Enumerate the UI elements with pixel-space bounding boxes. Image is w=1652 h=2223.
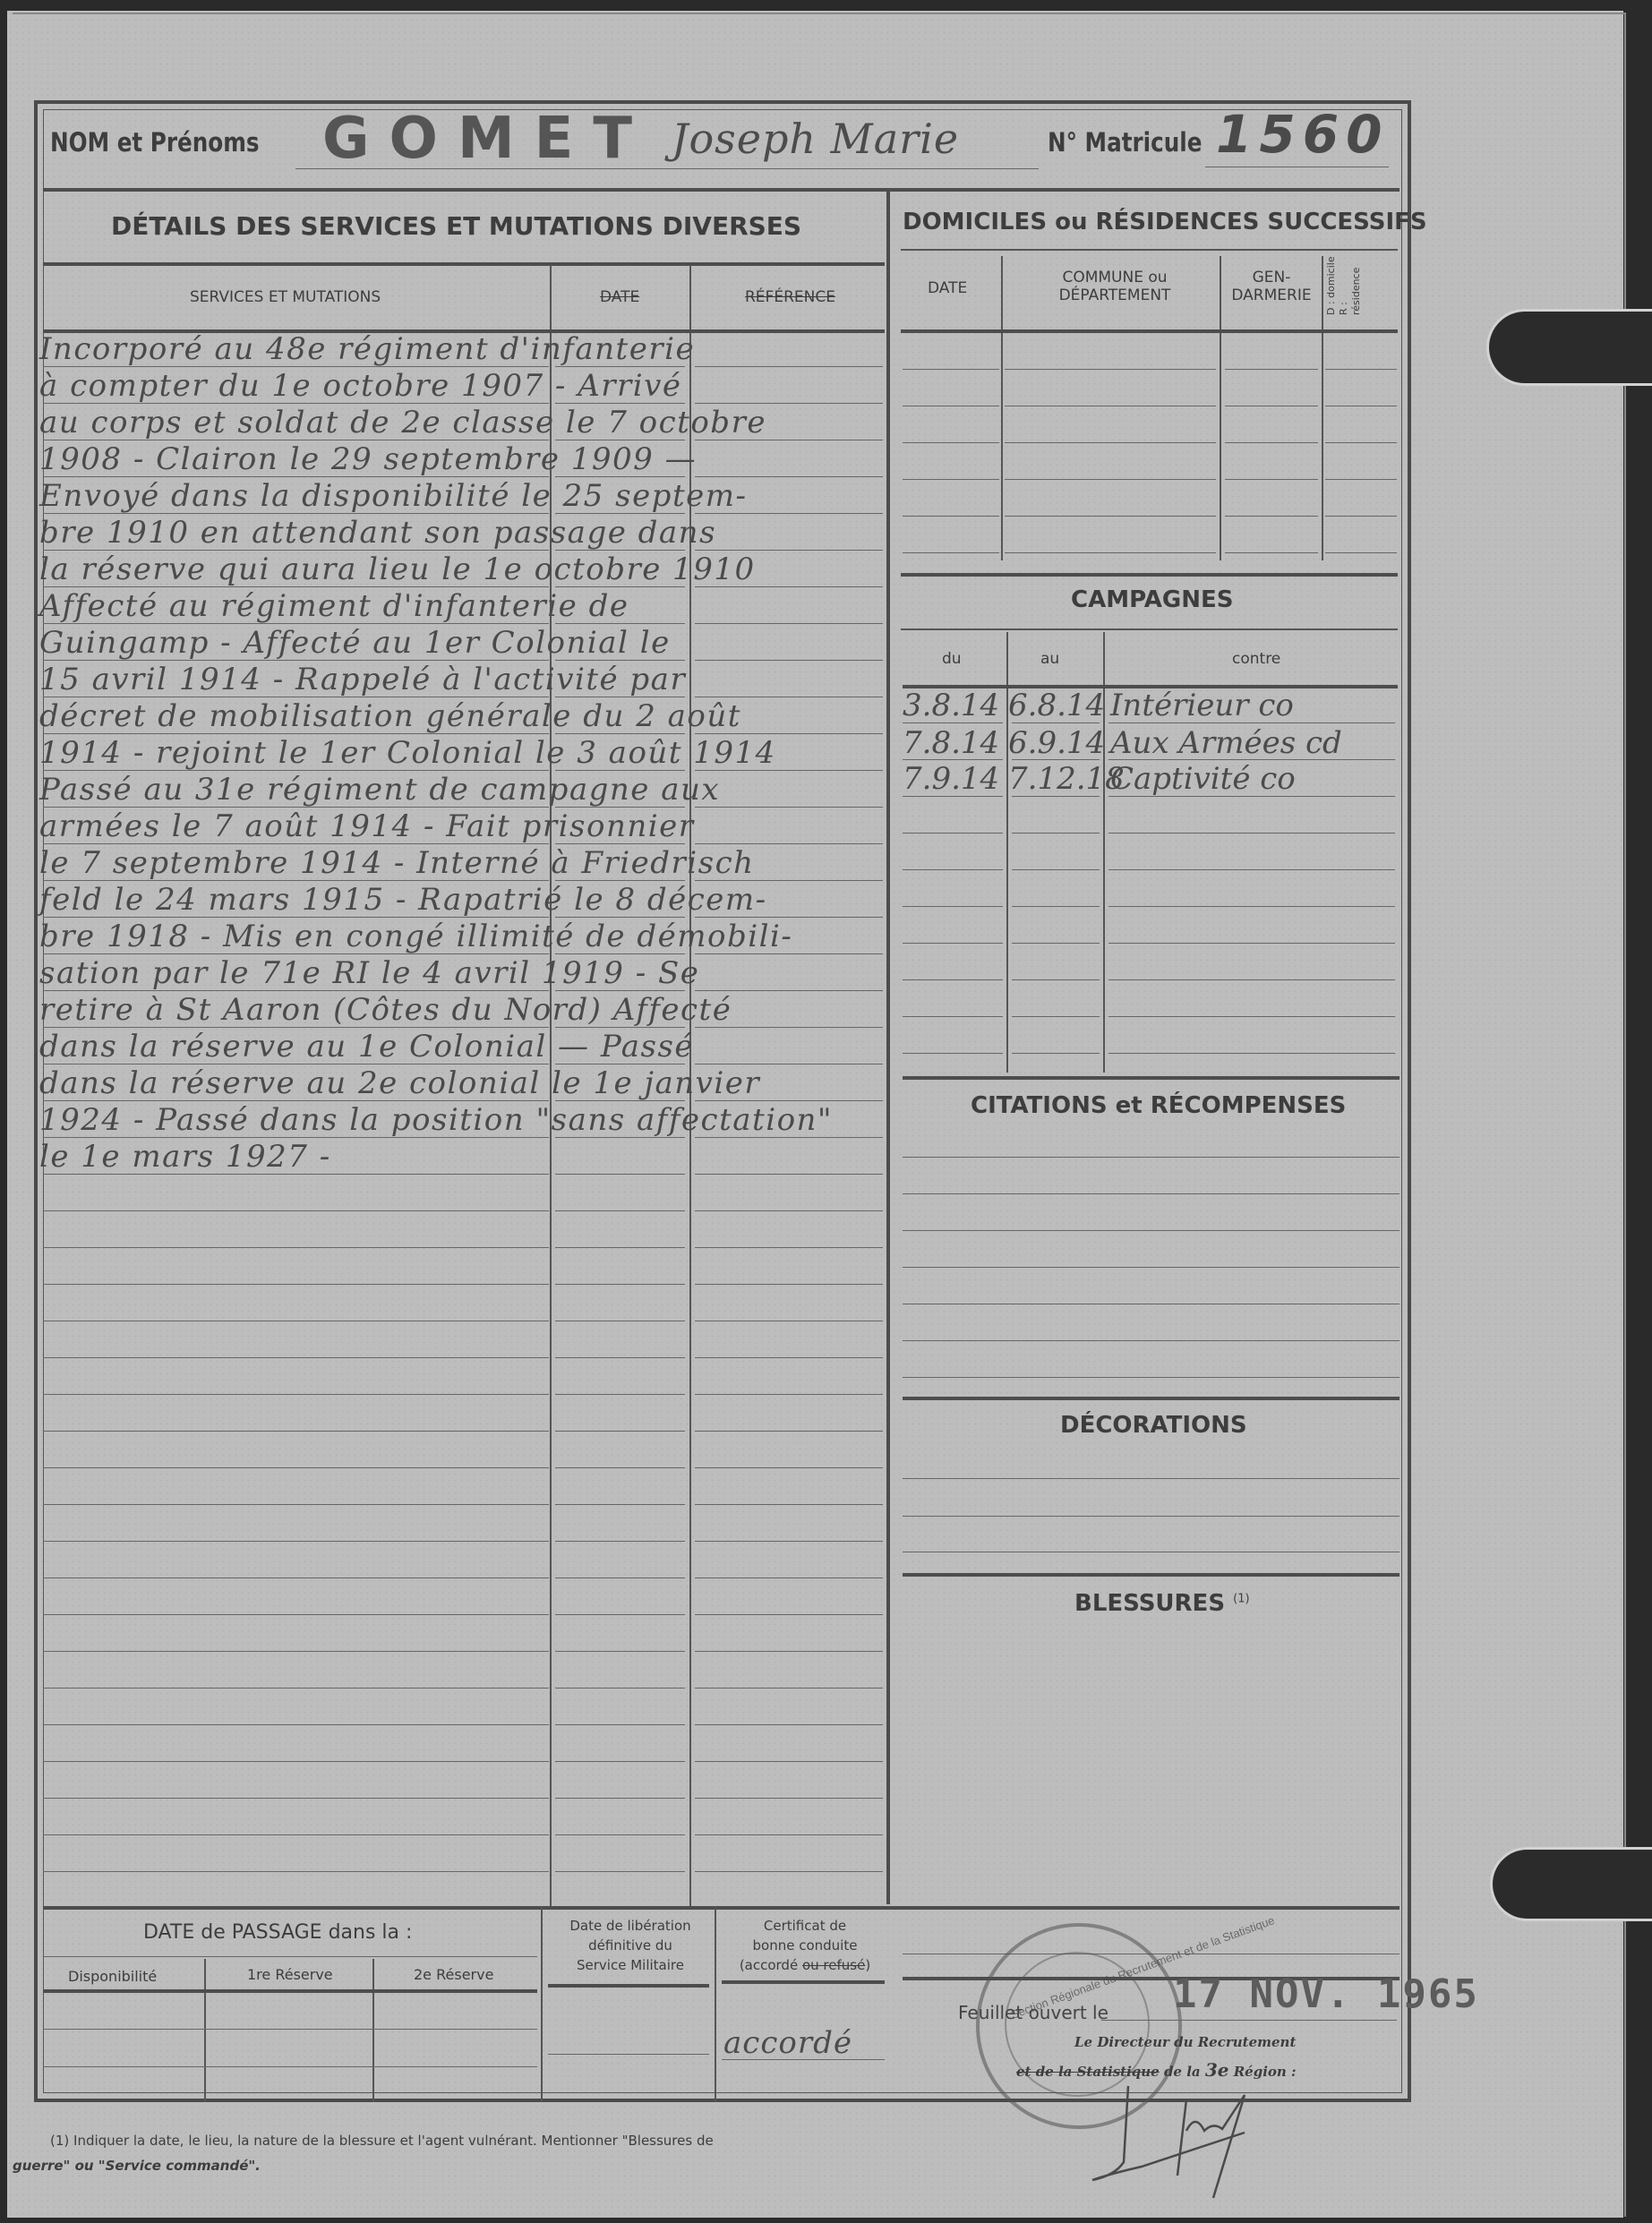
col-disponibilite: Disponibilité (68, 1968, 157, 1985)
passage-rule (43, 2066, 537, 2067)
director-line: Le Directeur du Recrutement (1074, 2034, 1296, 2050)
footnote-line-2: guerre" ou "Service commandé". (13, 2158, 261, 2174)
service-line: Guingamp - Affecté au 1er Colonial le (39, 625, 671, 661)
rule-line (903, 1304, 1399, 1304)
citations-title: CITATIONS et RÉCOMPENSES (971, 1092, 1346, 1119)
rule-line (903, 479, 999, 480)
rule-line (903, 1267, 1399, 1268)
campagnes-title-divider (901, 628, 1398, 630)
service-line: décret de mobilisation générale du 2 aoû… (39, 698, 741, 734)
decorations-title: DÉCORATIONS (1060, 1412, 1247, 1439)
rule-line (555, 1724, 685, 1725)
rule-line (695, 1247, 883, 1248)
rule-line (1012, 943, 1100, 944)
rule-line (555, 1761, 685, 1762)
citations-top-divider (903, 1076, 1399, 1080)
rule-line (555, 1614, 685, 1615)
rule-line (695, 807, 883, 808)
campagne-contre: Intérieur co (1110, 688, 1294, 723)
rule-line (1005, 369, 1216, 370)
rule-line (1108, 833, 1395, 834)
campagne-du: 7.8.14 (903, 725, 999, 761)
rule-line (695, 1431, 883, 1432)
main-column-divider (886, 190, 890, 1904)
rule-line (1012, 1016, 1100, 1017)
camp-col-au: au (1040, 650, 1059, 668)
service-line: le 7 septembre 1914 - Interné à Friedris… (39, 845, 755, 881)
rule-line (903, 1053, 1003, 1054)
rule-line (1012, 1053, 1100, 1054)
rule-line (903, 833, 1003, 834)
rule-line (43, 1871, 549, 1872)
liberation-rule (548, 2054, 709, 2055)
rule-line (695, 1834, 883, 1835)
rule-line (1325, 552, 1397, 553)
decorations-rule (903, 1478, 1399, 1479)
rule-line (1012, 906, 1100, 907)
campagne-au: 6.9.14 (1008, 725, 1105, 761)
campagne-au: 7.12.18 (1008, 761, 1125, 797)
dom-col-date: DATE (928, 279, 967, 297)
rule-line (903, 552, 999, 553)
rule-line (695, 550, 883, 551)
rule-line (695, 990, 883, 991)
rule-line (1325, 369, 1397, 370)
service-line: Envoyé dans la disponibilité le 25 septe… (39, 478, 747, 514)
rule-line (903, 1193, 1399, 1194)
service-line: à compter du 1e octobre 1907 - Arrivé (39, 368, 681, 404)
passage-col-divider-2 (372, 1959, 374, 2102)
col-date: DATE (600, 288, 639, 306)
rule-line (555, 1871, 685, 1872)
rule-line (695, 1541, 883, 1542)
campagne-du: 3.8.14 (903, 688, 999, 723)
rule-line (1108, 869, 1395, 870)
service-line: au corps et soldat de 2e classe le 7 oct… (39, 405, 766, 440)
rule-line (903, 1377, 1399, 1378)
rule-line (555, 1284, 685, 1285)
rule-line (43, 1651, 549, 1652)
rule-line (555, 1467, 685, 1468)
rule-line (695, 1210, 883, 1211)
domiciles-title: DOMICILES ou RÉSIDENCES SUCCESSIFS (903, 209, 1427, 235)
col-services: SERVICES ET MUTATIONS (190, 288, 381, 306)
rule-line (903, 516, 999, 517)
rule-line (1012, 869, 1100, 870)
rule-line (1225, 552, 1318, 553)
rule-line (1325, 442, 1397, 443)
rule-line (903, 1016, 1003, 1017)
camp-col-contre: contre (1232, 650, 1280, 668)
campagne-au: 6.8.14 (1008, 688, 1105, 723)
rule-line (695, 1577, 883, 1578)
passage-rule (43, 2029, 537, 2030)
rule-line (555, 1688, 685, 1689)
service-line: Affecté au régiment d'infanterie de (39, 588, 629, 624)
rule-line (695, 1394, 883, 1395)
dom-col-commune: COMMUNE ou DÉPARTEMENT (1021, 269, 1209, 304)
dom-col-divider-2 (1220, 256, 1221, 560)
rule-line (555, 1247, 685, 1248)
rule-line (1225, 369, 1318, 370)
rule-line (695, 1064, 883, 1064)
service-line: Incorporé au 48e régiment d'infanterie (39, 331, 695, 367)
decorations-top-divider (903, 1397, 1399, 1400)
rule-line (1225, 479, 1318, 480)
rule-line (903, 442, 999, 443)
blessures-title: BLESSURES (1) (1074, 1590, 1250, 1617)
passage-col-divider-4 (715, 1907, 716, 2102)
rule-line (695, 623, 883, 624)
rule-line (903, 979, 1003, 980)
rule-line (555, 1174, 685, 1175)
feuillet-underline (1101, 2020, 1397, 2021)
domiciles-title-divider (901, 249, 1398, 251)
rule-line (555, 1541, 685, 1542)
dom-header-divider (901, 329, 1398, 333)
rule-line (43, 1467, 549, 1468)
rule-line (1108, 906, 1395, 907)
rule-line (43, 1834, 549, 1835)
service-line: retire à St Aaron (Côtes du Nord) Affect… (39, 992, 732, 1028)
passage-top-divider (43, 1906, 1399, 1910)
rule-line (555, 1504, 685, 1505)
rule-line (555, 1577, 685, 1578)
col-2e-reserve: 2e Réserve (414, 1966, 493, 1983)
matricule-underline (1205, 167, 1389, 167)
rule-line (555, 1798, 685, 1799)
binder-tab-top (1486, 309, 1652, 386)
passage-col-divider-3 (541, 1907, 543, 2102)
rule-line (1325, 479, 1397, 480)
rule-line (695, 843, 883, 844)
rule-line (43, 1504, 549, 1505)
header-divider (43, 188, 1399, 192)
rule-line (43, 1284, 549, 1285)
camp-col-du: du (942, 650, 962, 668)
rule-line (43, 1210, 549, 1211)
rule-line (695, 476, 883, 477)
rule-line (695, 1688, 883, 1689)
service-line: 15 avril 1914 - Rappelé à l'activité par (39, 662, 686, 697)
rule-line (1005, 479, 1216, 480)
service-line: 1924 - Passé dans la position "sans affe… (39, 1102, 833, 1138)
rule-line (695, 1798, 883, 1799)
matricule-value: 1560 (1216, 104, 1389, 165)
rule-line (695, 366, 883, 367)
rule-line (695, 1357, 883, 1358)
campagne-contre: Aux Armées cd (1110, 725, 1342, 761)
service-line: Passé au 31e régiment de campagne aux (39, 772, 720, 808)
rule-line (1108, 943, 1395, 944)
passage-header-divider (43, 1989, 537, 1993)
campagne-du: 7.9.14 (903, 761, 999, 797)
dom-col-gendarmerie: GEN- DARMERIE (1228, 269, 1314, 304)
first-names: Joseph Marie (672, 115, 959, 163)
passage-col-divider-1 (204, 1959, 206, 2102)
passage-title-divider (43, 1956, 537, 1957)
campagnes-title: CAMPAGNES (1071, 586, 1233, 613)
rule-line (43, 1761, 549, 1762)
rule-line (695, 1651, 883, 1652)
certificat-divider (722, 1980, 885, 1984)
rule-line (695, 660, 883, 661)
decorations-rule (903, 1552, 1399, 1552)
dom-col-dr: D : domicile R : résidence (1325, 252, 1363, 315)
dom-col-divider-1 (1001, 256, 1003, 560)
rule-line (43, 1577, 549, 1578)
blessures-top-divider (903, 1573, 1399, 1577)
matricule-label: N° Matricule (1048, 127, 1202, 158)
rule-line (903, 369, 999, 370)
services-title-divider (43, 262, 885, 266)
feuillet-label: Feuillet ouvert le (958, 2002, 1108, 2023)
rule-line (1005, 442, 1216, 443)
rule-line (1225, 442, 1318, 443)
rule-line (903, 406, 999, 406)
rule-line (1005, 516, 1216, 517)
rule-line (555, 1210, 685, 1211)
col-reference: RÉFÉRENCE (745, 288, 835, 306)
service-line: dans la réserve au 1e Colonial — Passé (39, 1029, 694, 1064)
rule-line (903, 869, 1003, 870)
service-line: dans la réserve au 2e colonial le 1e jan… (39, 1065, 760, 1101)
decorations-rule (903, 1516, 1399, 1517)
rule-line (555, 1321, 685, 1321)
rule-line (695, 697, 883, 697)
rule-line (695, 1871, 883, 1872)
rule-line (695, 1321, 883, 1321)
rule-line (1225, 406, 1318, 406)
certificat-rule (722, 2059, 885, 2060)
rule-line (695, 1724, 883, 1725)
service-line: bre 1910 en attendant son passage dans (39, 515, 716, 551)
director-signature (1088, 2077, 1294, 2202)
rule-line (695, 1467, 883, 1468)
rule-line (43, 1688, 549, 1689)
service-line: le 1e mars 1927 - (39, 1139, 331, 1175)
service-line: 1908 - Clairon le 29 septembre 1909 — (39, 441, 697, 477)
rule-line (43, 1541, 549, 1542)
rule-line (43, 1321, 549, 1321)
dom-col-divider-3 (1322, 256, 1323, 560)
liberation-label: Date de libération définitive du Service… (548, 1916, 713, 1975)
rule-line (903, 943, 1003, 944)
rule-line (695, 1504, 883, 1505)
col-1re-reserve: 1re Réserve (247, 1966, 333, 1983)
rule-line (695, 1284, 883, 1285)
rule-line (1108, 1053, 1395, 1054)
certificat-label: Certificat de bonne conduite (accordé ou… (720, 1916, 890, 1975)
rule-line (43, 1431, 549, 1432)
rule-line (43, 1394, 549, 1395)
service-line: armées le 7 août 1914 - Fait prisonnier (39, 808, 695, 844)
rule-line (1108, 979, 1395, 980)
service-line: 1914 - rejoint le 1er Colonial le 3 août… (39, 735, 776, 771)
rule-line (1108, 1016, 1395, 1017)
rule-line (555, 1834, 685, 1835)
rule-line (903, 906, 1003, 907)
service-line: sation par le 71e RI le 4 avril 1919 - S… (39, 955, 699, 991)
service-line: bre 1918 - Mis en congé illimité de démo… (39, 919, 792, 954)
service-line: feld le 24 mars 1915 - Rapatrié le 8 déc… (39, 882, 767, 918)
rule-line (1005, 406, 1216, 406)
name-label: NOM et Prénoms (50, 127, 260, 158)
rule-line (903, 1340, 1399, 1341)
rule-line (555, 1357, 685, 1358)
liberation-divider (548, 1984, 709, 1988)
binder-tab-bottom (1490, 1847, 1652, 1921)
rule-line (43, 1357, 549, 1358)
rule-line (43, 1247, 549, 1248)
rule-line (1012, 833, 1100, 834)
rule-line (43, 1614, 549, 1615)
rule-line (1012, 979, 1100, 980)
certificat-value: accordé (723, 2025, 852, 2061)
rule-line (903, 1230, 1399, 1231)
campagnes-top-divider (901, 573, 1398, 577)
rule-line (903, 1157, 1399, 1158)
rule-line (555, 1394, 685, 1395)
rule-line (1325, 516, 1397, 517)
opened-date: 17 NOV. 1965 (1173, 1971, 1479, 2017)
footnote-line-1: (1) Indiquer la date, le lieu, la nature… (50, 2133, 714, 2149)
rule-line (695, 1761, 883, 1762)
rule-line (43, 1724, 549, 1725)
service-line: la réserve qui aura lieu le 1e octobre 1… (39, 551, 756, 587)
rule-line (695, 1614, 883, 1615)
campagne-contre: Captivité co (1110, 761, 1296, 797)
rule-line (1225, 516, 1318, 517)
rule-line (695, 1174, 883, 1175)
passage-title: DATE de PASSAGE dans la : (143, 1921, 412, 1944)
rule-line (1005, 552, 1216, 553)
rule-line (555, 1651, 685, 1652)
surname: GOMET (322, 106, 652, 172)
rule-line (1325, 406, 1397, 406)
rule-line (43, 1798, 549, 1799)
rule-line (695, 403, 883, 404)
services-title: DÉTAILS DES SERVICES ET MUTATIONS DIVERS… (111, 211, 801, 241)
rule-line (555, 1431, 685, 1432)
